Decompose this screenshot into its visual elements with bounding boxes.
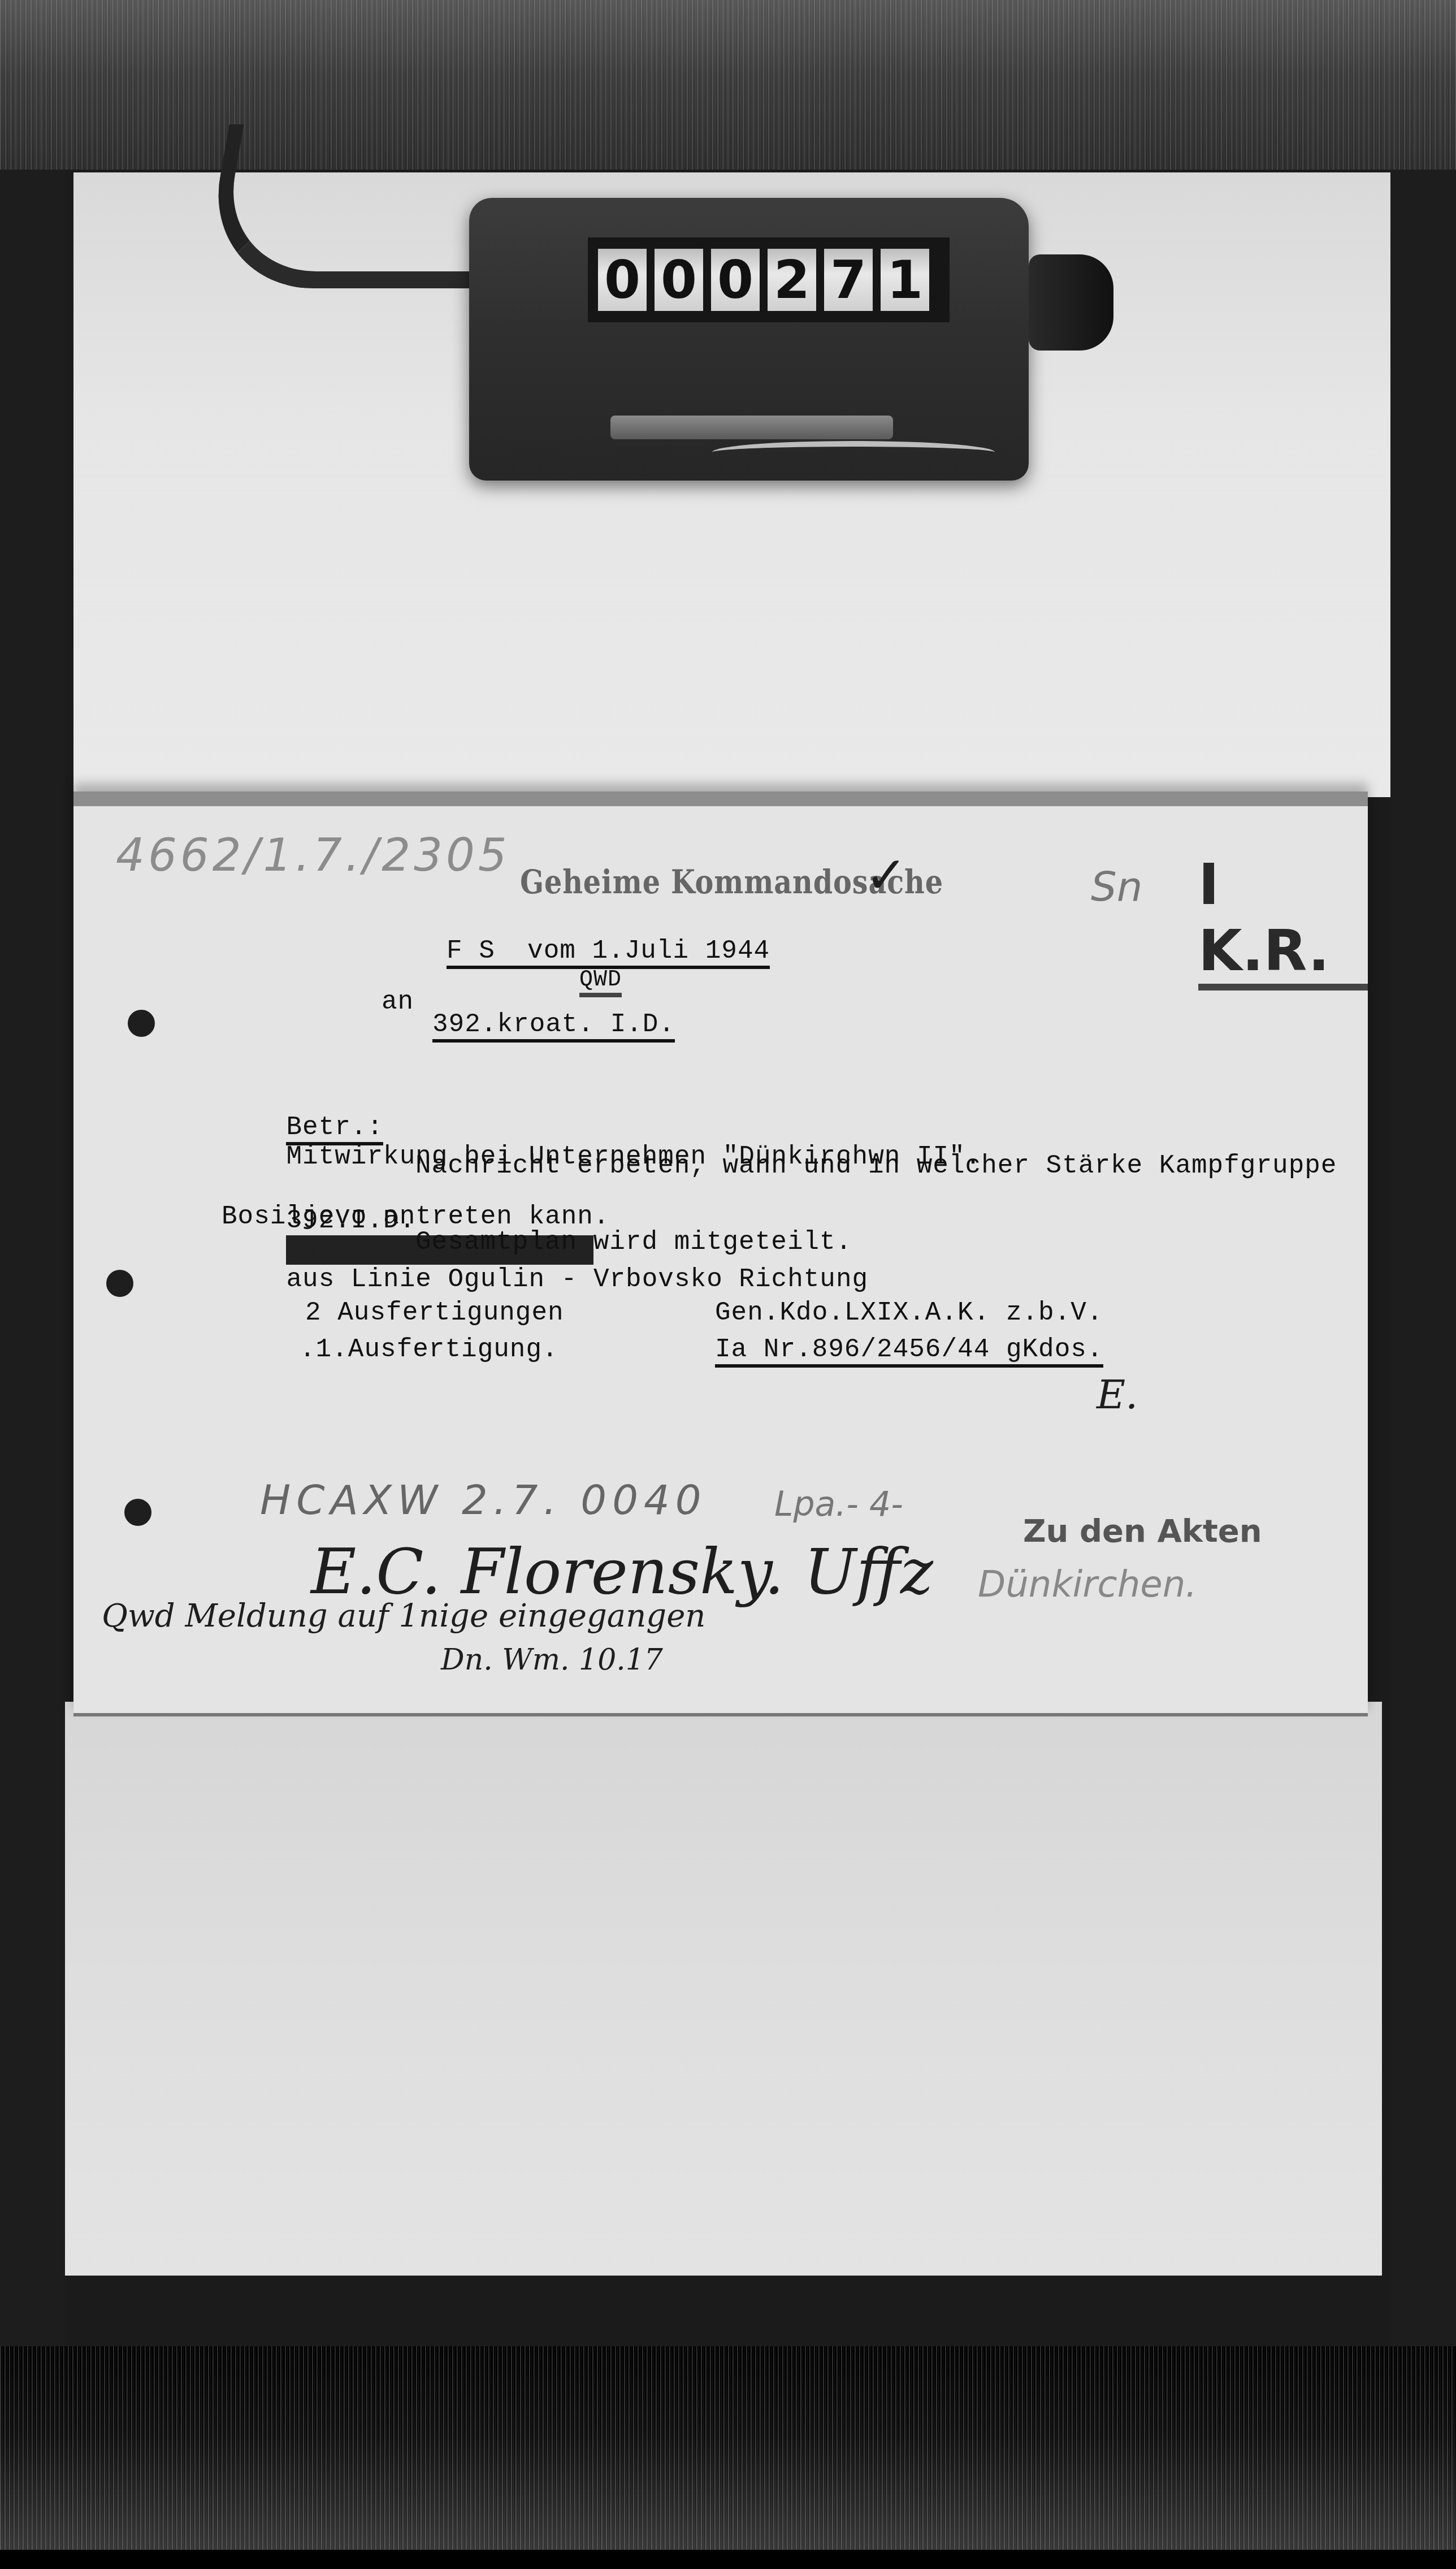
- copies-total: 2 Ausfertigungen: [305, 1298, 564, 1327]
- counter-digit: 0: [711, 249, 760, 311]
- sender-line-1: Gen.Kdo.LXIX.A.K. z.b.V.: [715, 1298, 1103, 1327]
- counter-reset-knob: [1029, 254, 1113, 351]
- body-line-4: Gesamtplan wird mitgeteilt.: [415, 1227, 852, 1257]
- counter-digit: 7: [824, 249, 873, 311]
- film-border-left: [0, 170, 65, 2346]
- routing-mark: I K.R.: [1198, 851, 1368, 991]
- file-handwriting: Dünkirchen.: [978, 1564, 1197, 1606]
- counter-digit: 0: [655, 249, 703, 311]
- film-edge: [0, 2550, 1456, 2569]
- recipient-code: QWD: [579, 967, 622, 997]
- signature: E.C. Florensky. Uffz: [311, 1536, 933, 1608]
- sender-initial: E.: [1097, 1372, 1138, 1418]
- counter-display: 0 0 0 2 7 1: [588, 237, 950, 322]
- subject-label: Betr.:: [286, 1113, 383, 1145]
- counter-wire: [712, 441, 995, 464]
- file-stamp: Zu den Akten: [1023, 1513, 1262, 1550]
- teletype-document: 4662/1.7./2305 Geheime Kommandosache ✓ S…: [73, 792, 1368, 1716]
- checkmark-icon: ✓: [865, 846, 907, 905]
- pencil-reference-number: 4662/1.7./2305: [116, 829, 510, 881]
- copy-number: .1.Ausfertigung.: [300, 1335, 558, 1364]
- transmission-note: HCAXW 2.7. 0040: [260, 1476, 707, 1524]
- sender-line-2: Ia Nr.896/2456/44 gKdos.: [715, 1335, 1103, 1368]
- header-line: F S vom 1.Juli 1944: [447, 936, 770, 969]
- counter-nameplate: [610, 416, 893, 439]
- operator-note: Lpa.- 4-: [774, 1485, 903, 1524]
- counter-digit: 0: [598, 249, 647, 311]
- handwritten-note: Qwd Meldung auf 1nige eingegangen: [102, 1598, 705, 1634]
- punch-hole: [124, 1499, 151, 1526]
- lower-backing-sheet: [65, 1702, 1382, 2276]
- handwritten-note-2: Dn. Wm. 10.17: [441, 1643, 663, 1677]
- recipient-prefix: an: [382, 987, 414, 1017]
- film-border-right: [1390, 170, 1456, 2346]
- counter-digit: 2: [768, 249, 816, 311]
- counter-digit: 1: [881, 249, 929, 311]
- routing-initials: Sn: [1091, 863, 1142, 910]
- counter-cable: [200, 124, 515, 288]
- body-line-2-suffix: aus Linie Ogulin - Vrbovsko Richtung: [286, 1265, 868, 1294]
- punch-hole: [106, 1270, 133, 1297]
- recipient: 392.kroat. I.D.: [432, 1010, 675, 1043]
- punch-hole: [128, 1010, 155, 1037]
- film-border-top: [0, 0, 1456, 170]
- film-border-bottom: [0, 2346, 1456, 2569]
